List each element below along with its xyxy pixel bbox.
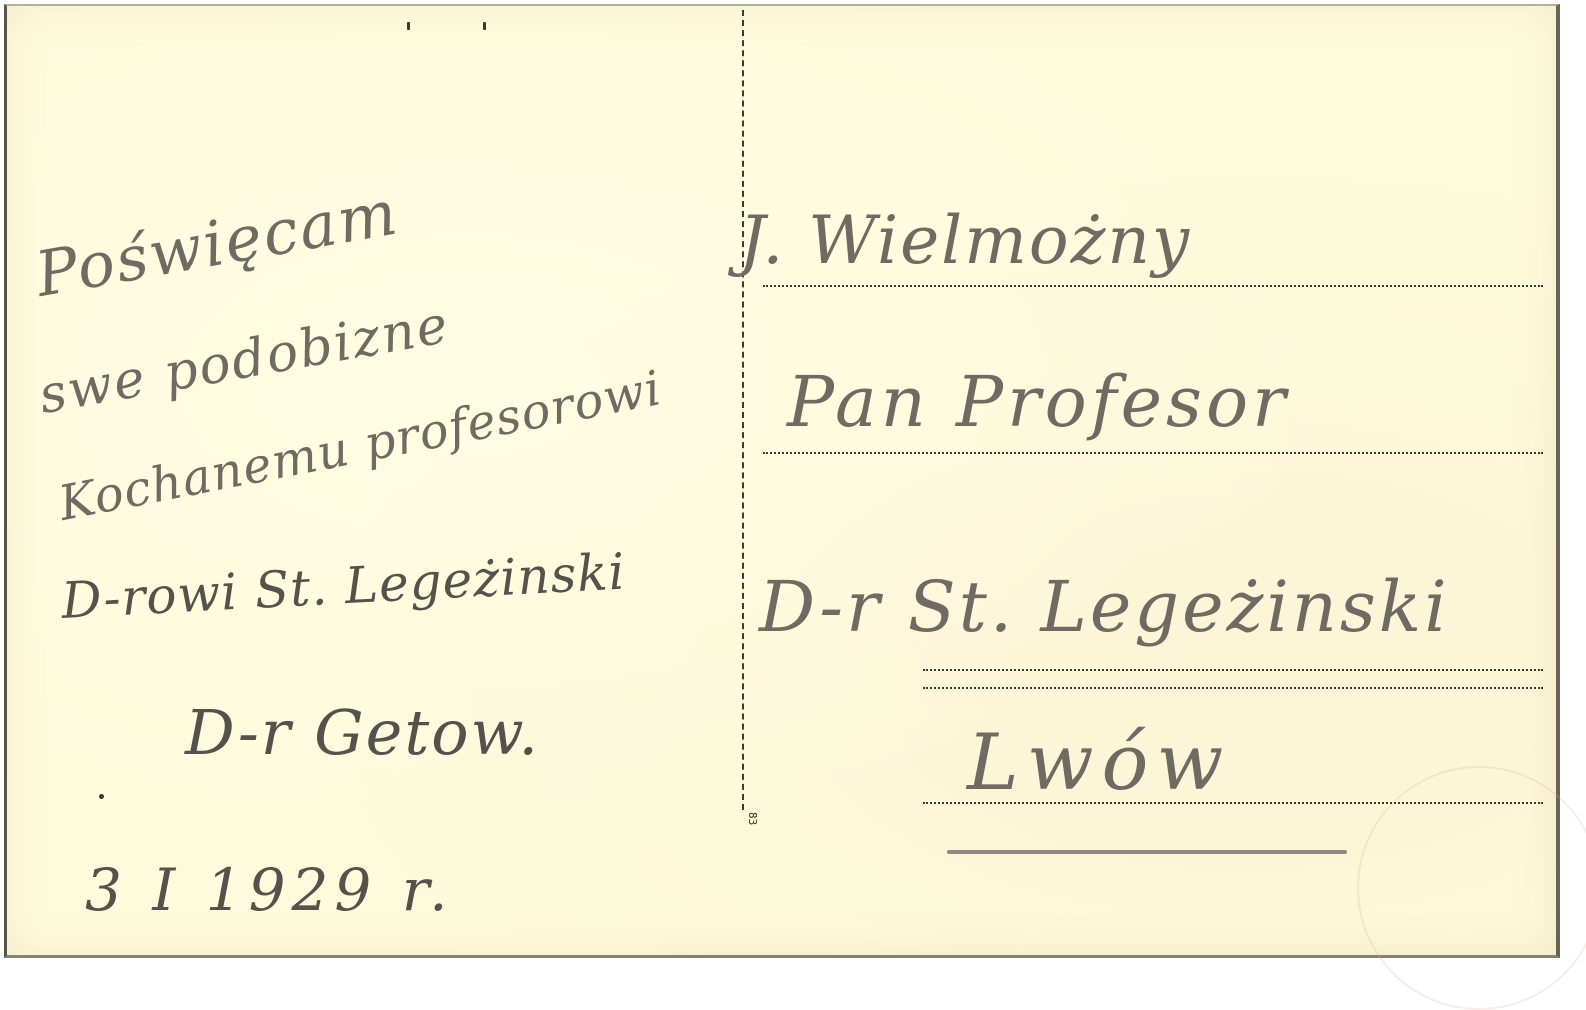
ink-dot [483,22,486,30]
message-line-1: Poświęcam [30,175,404,311]
publisher-mark: 83 [747,812,757,825]
ink-dot [99,794,104,799]
message-line-2: swe podobizne [35,295,454,426]
address-line-4 [923,687,1543,689]
scan-background: 83 Poświęcam swe podobizne Kochanemu pro… [0,0,1586,966]
center-divider [742,10,744,810]
address-line-city: Lwów [967,718,1231,808]
address-line-2 [763,452,1543,454]
message-line-4: D-rowi St. Legeżinski [60,543,627,630]
postcard: 83 Poświęcam swe podobizne Kochanemu pro… [4,4,1560,958]
city-underline [947,850,1347,854]
address-line-3 [923,669,1543,671]
address-line-1 [763,285,1543,287]
address-line-name: D-r St. Legeżinski [759,566,1450,648]
message-date: 3 I 1929 r. [85,856,454,924]
address-line-title: Pan Profesor [787,361,1290,443]
postmark-ghost [1357,766,1586,966]
message-signature: D-r Getow. [185,696,540,769]
ink-dot [407,22,410,30]
address-line-honorific: J. Wielmożny [739,202,1191,279]
